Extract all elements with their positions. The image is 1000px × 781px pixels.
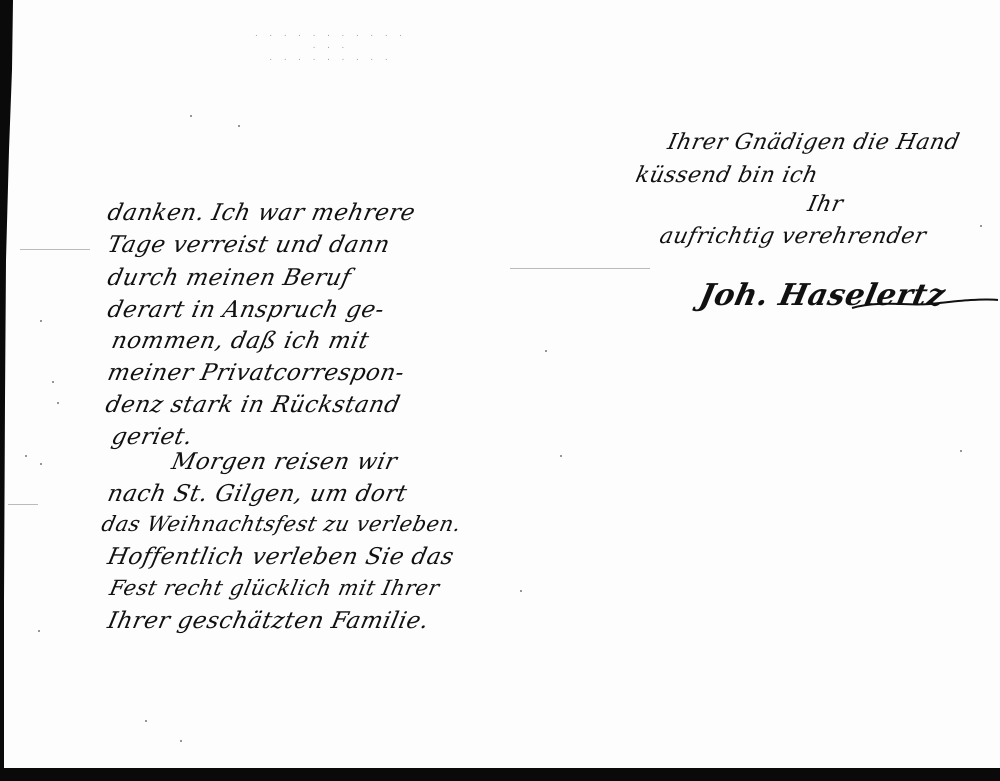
handwritten-line: das Weihnachtsfest zu verleben.: [99, 512, 463, 536]
handwritten-line: nommen, daß ich mit: [109, 328, 371, 354]
letterhead-stamp: · · · · · · · · · · · · · · · · · · · · …: [230, 30, 430, 66]
handwritten-line: Ihrer Gnädigen die Hand: [665, 130, 962, 155]
handwritten-line: Hoffentlich verleben Sie das: [105, 544, 456, 570]
signature-flourish: [850, 290, 1000, 320]
handwritten-line: küssend bin ich: [633, 163, 820, 188]
handwritten-line: Ihrer geschätzten Familie.: [105, 608, 431, 634]
handwritten-line: derart in Anspruch ge-: [105, 297, 386, 323]
handwritten-line: meiner Privatcorrespon-: [105, 360, 407, 386]
handwritten-line: Tage verreist und dann: [105, 232, 392, 258]
handwritten-line: danken. Ich war mehrere: [105, 200, 418, 226]
letterhead-line: · · · · · · · · · · ·: [230, 30, 430, 42]
letterhead-line: · · ·: [230, 42, 430, 54]
letter-page: · · · · · · · · · · · · · · · · · · · · …: [0, 0, 1000, 781]
letterhead-line: · · · · · · · · ·: [230, 54, 430, 66]
handwritten-line: Ihr: [805, 192, 845, 217]
scan-border-bottom: [0, 768, 1000, 781]
handwritten-line: Fest recht glücklich mit Ihrer: [107, 576, 441, 600]
handwritten-line: nach St. Gilgen, um dort: [105, 481, 409, 507]
scan-border-left: [0, 0, 14, 781]
handwritten-line: denz stark in Rückstand: [103, 392, 402, 418]
handwritten-line: durch meinen Beruf: [105, 265, 353, 291]
handwritten-line: geriet.: [109, 424, 195, 450]
handwritten-line: Morgen reisen wir: [169, 449, 399, 475]
handwritten-line: aufrichtig verehrender: [657, 224, 928, 249]
